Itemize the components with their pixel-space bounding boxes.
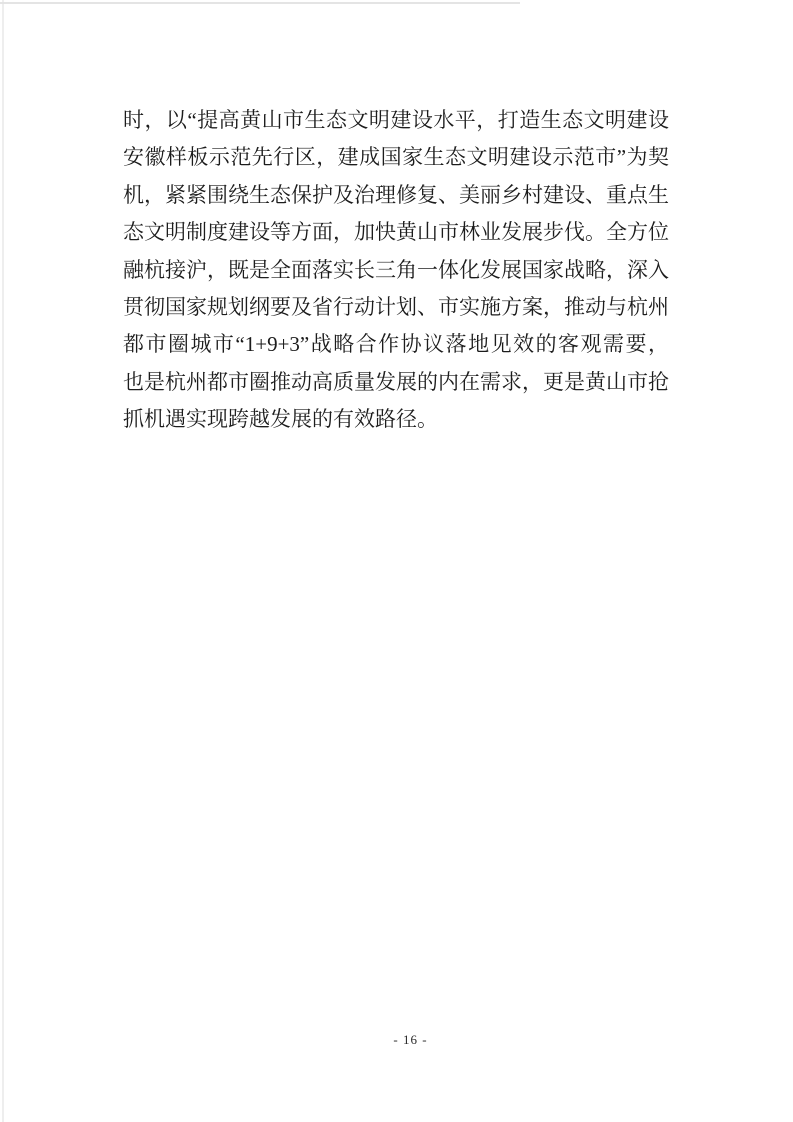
body-paragraph: 时，以“提高黄山市生态文明建设水平，打造生态文明建设 安徽样板示范先行区，建成国… [123,102,669,439]
paragraph-line: 态文明制度建设等方面，加快黄山市林业发展步伐。全方位 [123,214,669,251]
paragraph-line: 也是杭州都市圈推动高质量发展的内在需求，更是黄山市抢 [123,364,669,401]
paragraph-line: 安徽样板示范先行区，建成国家生态文明建设示范市”为契 [123,139,669,176]
page-scan-edge-top [0,2,520,4]
paragraph-line: 都市圈城市“1+9+3”战略合作协议落地见效的客观需要， [123,326,669,363]
paragraph-line: 融杭接沪，既是全面落实长三角一体化发展国家战略，深入 [123,252,669,289]
page-scan-edge-left [2,0,4,1122]
paragraph-line: 机，紧紧围绕生态保护及治理修复、美丽乡村建设、重点生 [123,177,669,214]
paragraph-line: 抓机遇实现跨越发展的有效路径。 [123,401,669,438]
paragraph-line: 时，以“提高黄山市生态文明建设水平，打造生态文明建设 [123,102,669,139]
page-number: - 16 - [393,1031,427,1049]
document-page: 时，以“提高黄山市生态文明建设水平，打造生态文明建设 安徽样板示范先行区，建成国… [0,0,793,1122]
paragraph-line: 贯彻国家规划纲要及省行动计划、市实施方案，推动与杭州 [123,289,669,326]
